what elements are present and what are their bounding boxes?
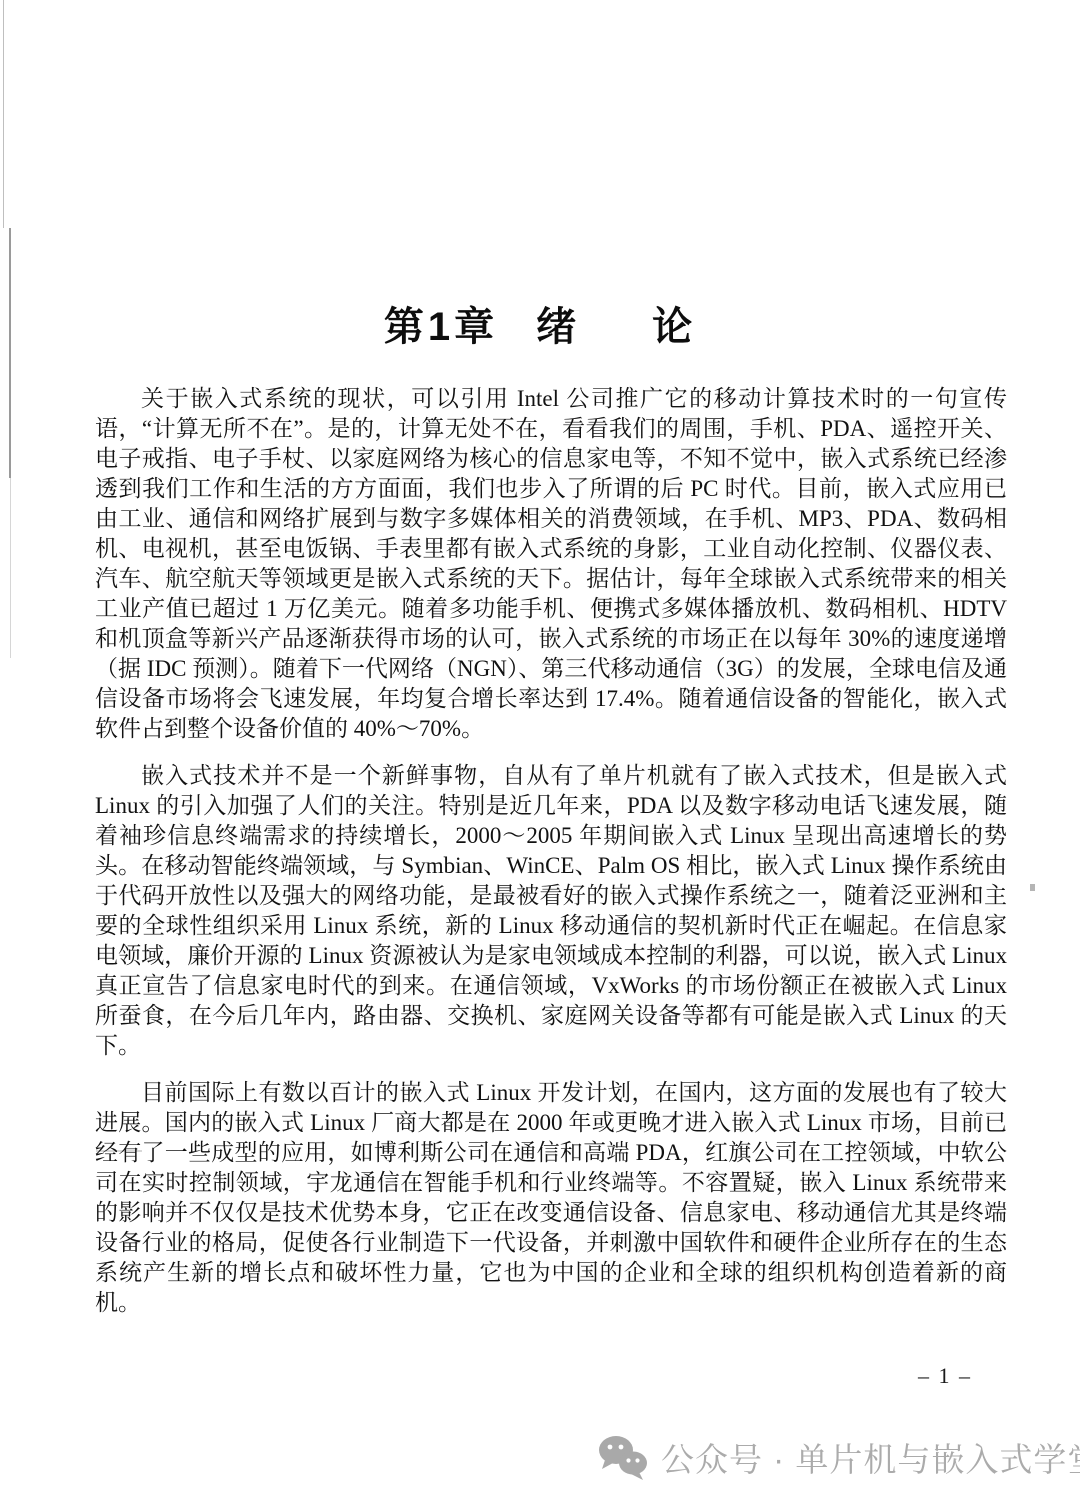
watermark-footer: 公众号 · 单片机与嵌入式学堂 (597, 1434, 1080, 1481)
body-paragraph: 关于嵌入式系统的现状，可以引用 Intel 公司推广它的移动计算技术时的一句宣传… (95, 384, 1007, 744)
chapter-label: 第1章 (384, 305, 498, 349)
page-number: – 1 – (918, 1363, 972, 1389)
scan-artifact-line (3, 0, 4, 228)
chapter-title-word-2: 论 (652, 305, 696, 349)
chapter-title-word-1: 绪 (536, 305, 580, 349)
scan-artifact-speck (1030, 884, 1035, 891)
wechat-icon (597, 1435, 649, 1481)
scan-artifact-line (10, 478, 11, 658)
page-body: 关于嵌入式系统的现状，可以引用 Intel 公司推广它的移动计算技术时的一句宣传… (95, 384, 1007, 1335)
scan-artifact-line (9, 228, 11, 478)
body-paragraph: 嵌入式技术并不是一个新鲜事物，自从有了单片机就有了嵌入式技术，但是嵌入式 Lin… (95, 761, 1007, 1061)
body-paragraph: 目前国际上有数以百计的嵌入式 Linux 开发计划，在国内，这方面的发展也有了较… (95, 1078, 1007, 1318)
chapter-title: 第1章绪论 (0, 295, 1080, 352)
watermark-text: 公众号 · 单片机与嵌入式学堂 (661, 1434, 1080, 1481)
